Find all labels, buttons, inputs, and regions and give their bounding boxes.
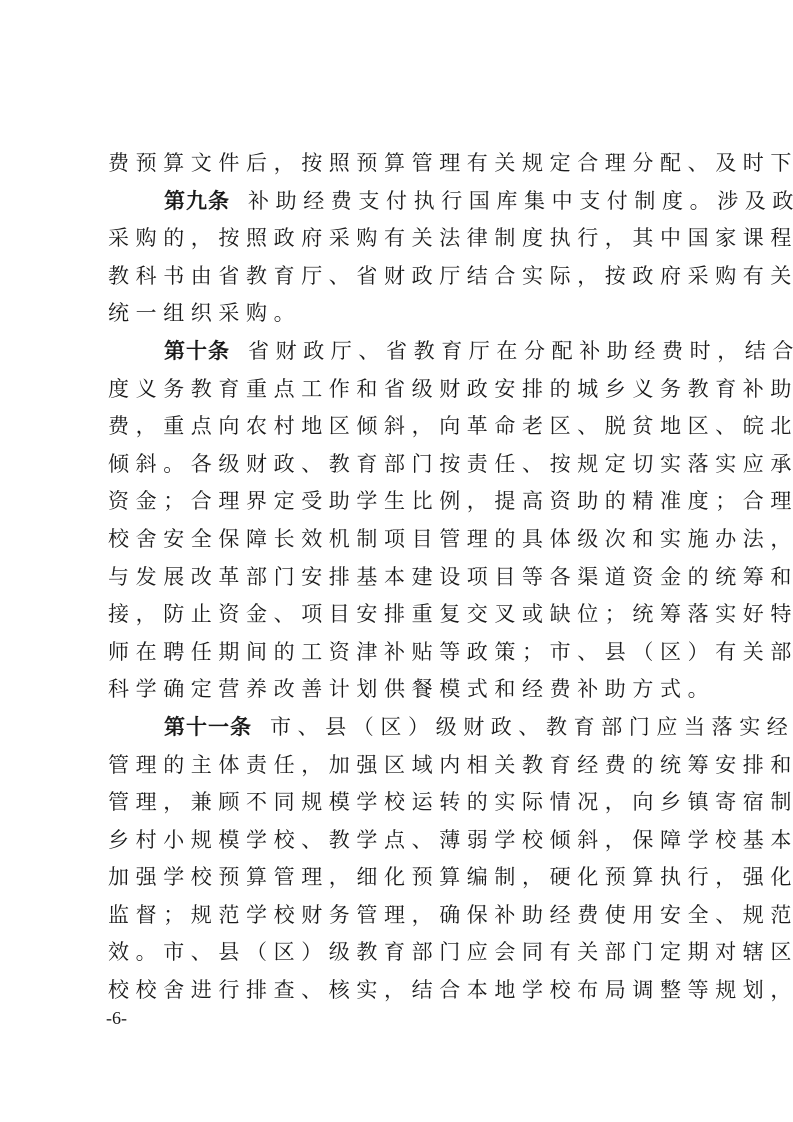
line-text: 资金；合理界定受助学生比例，提高资助的精准度；合理确定 bbox=[108, 489, 793, 513]
line-text: 接，防止资金、项目安排重复交叉或缺位；统筹落实好特岗教 bbox=[108, 602, 793, 626]
line-text: 科学确定营养改善计划供餐模式和经费补助方式。 bbox=[108, 677, 715, 701]
line-text: 费预算文件后，按照预算管理有关规定合理分配、及时下达。 bbox=[108, 151, 793, 175]
line-text: 乡村小规模学校、教学点、薄弱学校倾斜，保障学校基本需求； bbox=[108, 828, 793, 852]
document-page: 费预算文件后，按照预算管理有关规定合理分配、及时下达。第九条补助经费支付执行国库… bbox=[0, 0, 793, 1122]
text-line: 统一组织采购。 bbox=[108, 295, 693, 333]
line-text: 加强学校预算管理，细化预算编制，硬化预算执行，强化预算 bbox=[108, 865, 793, 889]
text-line: 费预算文件后，按照预算管理有关规定合理分配、及时下达。 bbox=[108, 145, 693, 183]
line-text: 省财政厅、省教育厅在分配补助经费时，结合年 bbox=[248, 339, 793, 363]
line-text: 校校舍进行排查、核实，结合本地学校布局调整等规划，编制 bbox=[108, 978, 793, 1002]
line-text: 与发展改革部门安排基本建设项目等各渠道资金的统筹和对 bbox=[108, 565, 793, 589]
text-line: 师在聘任期间的工资津补贴等政策；市、县（区）有关部门要 bbox=[108, 634, 693, 672]
article-number: 第九条 bbox=[164, 189, 230, 213]
line-text: 教科书由省教育厅、省财政厅结合实际，按政府采购有关规定 bbox=[108, 264, 793, 288]
text-line: 乡村小规模学校、教学点、薄弱学校倾斜，保障学校基本需求； bbox=[108, 822, 693, 860]
text-line: 加强学校预算管理，细化预算编制，硬化预算执行，强化预算 bbox=[108, 859, 693, 897]
line-text: 市、县（区）级财政、教育部门应当落实经费 bbox=[270, 715, 793, 739]
text-line: 科学确定营养改善计划供餐模式和经费补助方式。 bbox=[108, 671, 693, 709]
line-text: 度义务教育重点工作和省级财政安排的城乡义务教育补助经 bbox=[108, 377, 793, 401]
article-number: 第十条 bbox=[164, 339, 230, 363]
text-line: 效。市、县（区）级教育部门应会同有关部门定期对辖区内学 bbox=[108, 934, 693, 972]
text-line: 接，防止资金、项目安排重复交叉或缺位；统筹落实好特岗教 bbox=[108, 596, 693, 634]
text-line: 监督；规范学校财务管理，确保补助经费使用安全、规范和有 bbox=[108, 897, 693, 935]
text-line: 倾斜。各级财政、教育部门按责任、按规定切实落实应承担的 bbox=[108, 446, 693, 484]
line-text: 统一组织采购。 bbox=[108, 301, 301, 325]
text-line: 教科书由省教育厅、省财政厅结合实际，按政府采购有关规定 bbox=[108, 258, 693, 296]
text-line: 采购的，按照政府采购有关法律制度执行，其中国家课程免费 bbox=[108, 220, 693, 258]
line-text: 管理，兼顾不同规模学校运转的实际情况，向乡镇寄宿制学校、 bbox=[108, 790, 793, 814]
line-text: 倾斜。各级财政、教育部门按责任、按规定切实落实应承担的 bbox=[108, 452, 793, 476]
line-text: 采购的，按照政府采购有关法律制度执行，其中国家课程免费 bbox=[108, 226, 793, 250]
line-text: 监督；规范学校财务管理，确保补助经费使用安全、规范和有 bbox=[108, 903, 793, 927]
text-line: 管理，兼顾不同规模学校运转的实际情况，向乡镇寄宿制学校、 bbox=[108, 784, 693, 822]
article-line: 第十条省财政厅、省教育厅在分配补助经费时，结合年 bbox=[108, 333, 693, 371]
text-line: 与发展改革部门安排基本建设项目等各渠道资金的统筹和对 bbox=[108, 559, 693, 597]
text-line: 校舍安全保障长效机制项目管理的具体级次和实施办法，做好 bbox=[108, 521, 693, 559]
text-line: 资金；合理界定受助学生比例，提高资助的精准度；合理确定 bbox=[108, 483, 693, 521]
text-line: 费，重点向农村地区倾斜，向革命老区、脱贫地区、皖北地区 bbox=[108, 408, 693, 446]
article-line: 第九条补助经费支付执行国库集中支付制度。涉及政府 bbox=[108, 183, 693, 221]
page-number: -6- bbox=[106, 1008, 127, 1029]
line-text: 费，重点向农村地区倾斜，向革命老区、脱贫地区、皖北地区 bbox=[108, 414, 793, 438]
article-line: 第十一条市、县（区）级财政、教育部门应当落实经费 bbox=[108, 709, 693, 747]
line-text: 校舍安全保障长效机制项目管理的具体级次和实施办法，做好 bbox=[108, 527, 793, 551]
line-text: 补助经费支付执行国库集中支付制度。涉及政府 bbox=[248, 189, 793, 213]
article-number: 第十一条 bbox=[164, 715, 252, 739]
text-line: 校校舍进行排查、核实，结合本地学校布局调整等规划，编制 bbox=[108, 972, 693, 1010]
line-text: 师在聘任期间的工资津补贴等政策；市、县（区）有关部门要 bbox=[108, 640, 793, 664]
line-text: 管理的主体责任，加强区域内相关教育经费的统筹安排和使用 bbox=[108, 753, 793, 777]
text-line: 管理的主体责任，加强区域内相关教育经费的统筹安排和使用 bbox=[108, 747, 693, 785]
line-text: 效。市、县（区）级教育部门应会同有关部门定期对辖区内学 bbox=[108, 940, 793, 964]
document-body: 费预算文件后，按照预算管理有关规定合理分配、及时下达。第九条补助经费支付执行国库… bbox=[108, 145, 693, 1010]
text-line: 度义务教育重点工作和省级财政安排的城乡义务教育补助经 bbox=[108, 371, 693, 409]
